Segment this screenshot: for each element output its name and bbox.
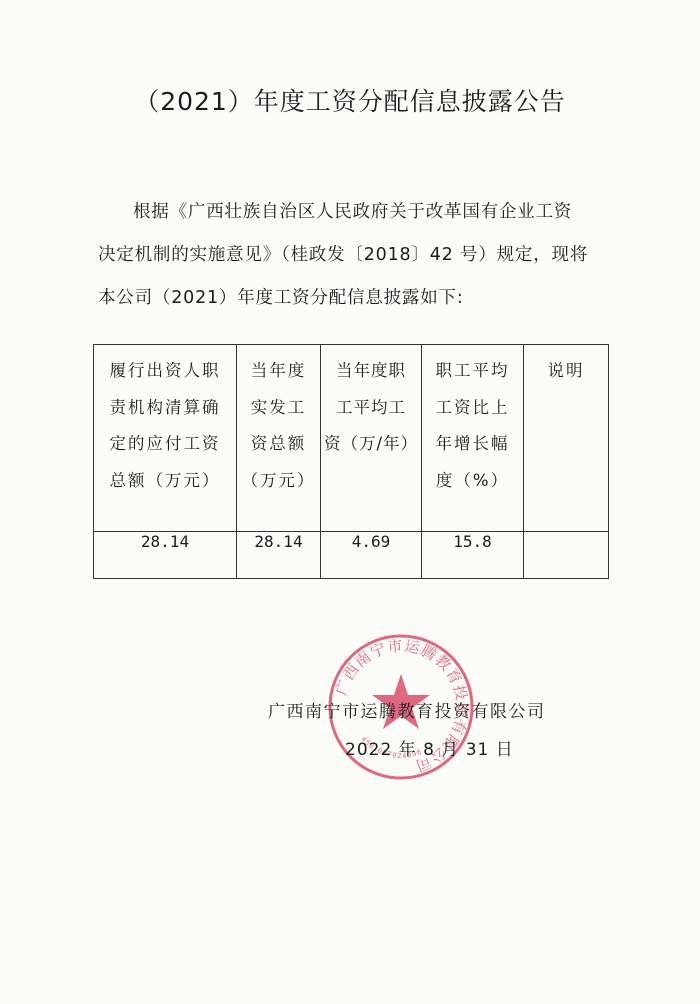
paragraph-line: 本公司（2021）年度工资分配信息披露如下: (98, 277, 618, 320)
header-text: 履行出资人职 (94, 353, 236, 390)
header-text: 总额（万元） (94, 463, 236, 500)
header-text: 工资比上 (422, 390, 523, 427)
wage-disclosure-table: 履行出资人职 责机构清算确 定的应付工资 总额（万元） 当年度 实发工 资总额 … (93, 344, 609, 579)
value-cell: 4.69 (321, 532, 422, 579)
value-cell: 15.8 (422, 532, 524, 579)
header-text: 资总额 (237, 426, 320, 463)
header-cell: 说明 (524, 345, 609, 532)
table-header-row: 履行出资人职 责机构清算确 定的应付工资 总额（万元） 当年度 实发工 资总额 … (94, 345, 609, 532)
value-cell: 28.14 (94, 532, 237, 579)
header-text: 工平均工 (321, 390, 421, 427)
company-signature: 广西南宁市运腾教育投资有限公司 (268, 697, 546, 722)
header-text: 资（万/年） (321, 426, 421, 463)
header-text: 实发工 (237, 390, 320, 427)
header-text: 说明 (524, 353, 608, 390)
header-text: 当年度职 (321, 353, 421, 390)
page-title: （2021）年度工资分配信息披露公告 (0, 82, 700, 118)
header-text: 责机构清算确 (94, 390, 236, 427)
intro-paragraph: 根据《广西壮族自治区人民政府关于改革国有企业工资 决定机制的实施意见》（桂政发〔… (98, 191, 618, 320)
header-text: 年增长幅 (422, 426, 523, 463)
header-cell: 当年度 实发工 资总额 （万元） (237, 345, 321, 532)
header-text: （万元） (237, 463, 320, 500)
paragraph-line: 根据《广西壮族自治区人民政府关于改革国有企业工资 (98, 191, 618, 234)
header-cell: 履行出资人职 责机构清算确 定的应付工资 总额（万元） (94, 345, 237, 532)
header-text: 职工平均 (422, 353, 523, 390)
header-cell: 当年度职 工平均工 资（万/年） (321, 345, 422, 532)
header-text: 当年度 (237, 353, 320, 390)
table-row: 28.14 28.14 4.69 15.8 (94, 532, 609, 579)
header-cell: 职工平均 工资比上 年增长幅 度（%） (422, 345, 524, 532)
header-text: 定的应付工资 (94, 426, 236, 463)
paragraph-line: 决定机制的实施意见》（桂政发〔2018〕42 号）规定，现将 (98, 234, 618, 277)
value-cell: 28.14 (237, 532, 321, 579)
signature-date: 2022 年 8 月 31 日 (345, 735, 514, 760)
value-cell (524, 532, 609, 579)
header-text: 度（%） (422, 463, 523, 500)
